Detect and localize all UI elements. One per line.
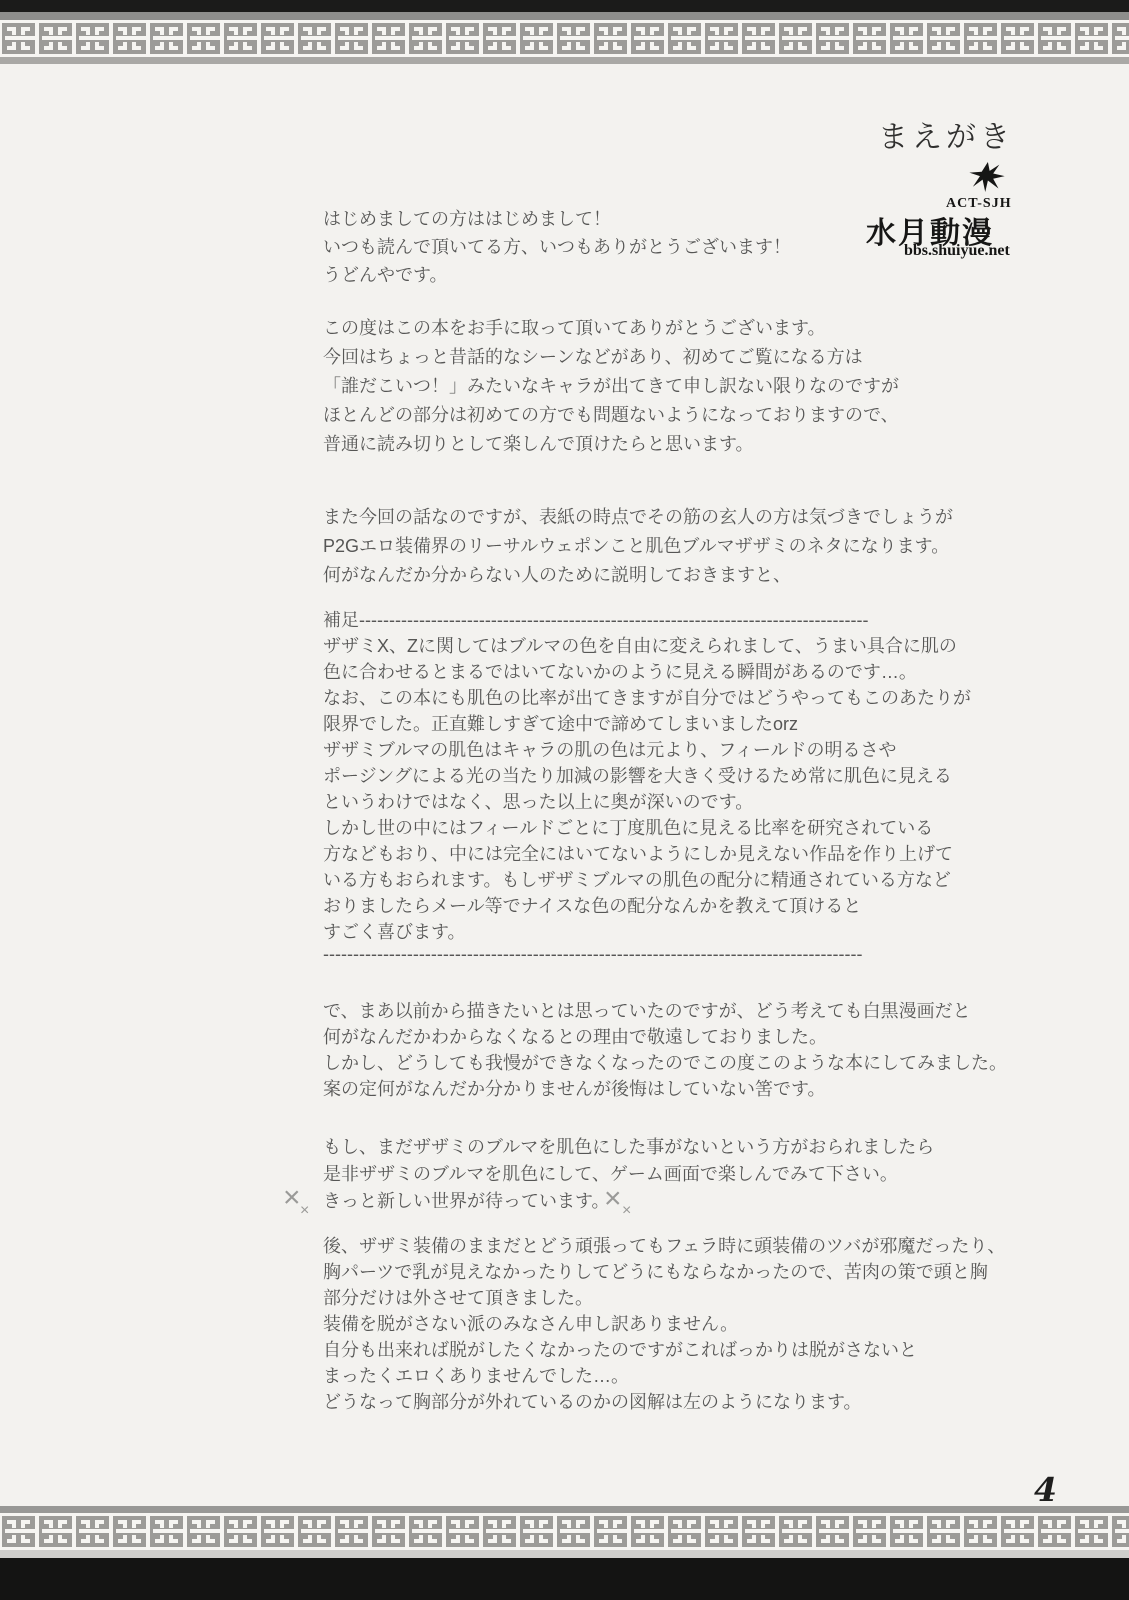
sparkle-icon: ×	[300, 1203, 309, 1219]
text-line: どうなって胸部分が外れているのかの図解は左のようになります。	[323, 1388, 1005, 1414]
text-line: 方などもおり、中には完全にはいてないようにしか見えない作品を作り上げて	[323, 840, 971, 866]
text-line: 装備を脱がさない派のみなさん申し訳ありません。	[323, 1310, 1005, 1336]
page-number: 4	[1034, 1470, 1057, 1509]
sparkle-icon: ×	[283, 1183, 301, 1213]
top-black-band	[0, 0, 1129, 12]
text-line: 今回はちょっと昔話的なシーンなどがあり、初めてご覧になる方は	[323, 343, 899, 372]
paragraph-thanks: この度はこの本をお手に取って頂いてありがとうございます。今回はちょっと昔話的なシ…	[323, 314, 899, 459]
sparkle-icon: ×	[604, 1184, 622, 1214]
paragraph-greeting: はじめましての方ははじめまして！いつも読んで頂いてる方、いつもありがとうございま…	[323, 205, 791, 289]
text-line: 何がなんだか分からない人のために説明しておきますと、	[323, 561, 953, 590]
top-gray-band	[0, 12, 1129, 20]
text-line: おりましたらメール等でナイスな色の配分なんかを教えて頂けると	[323, 892, 971, 918]
text-line: 案の定何がなんだか分かりませんが後悔はしていない筈です。	[323, 1075, 1007, 1101]
paragraph-supplement-note: 補足--------------------------------------…	[323, 606, 971, 970]
page-title: まえがき	[878, 112, 1014, 156]
text-line: ザザミブルマの肌色はキャラの肌の色は元より、フィールドの明るさや	[323, 736, 971, 762]
text-line: 限界でした。正直難しすぎて途中で諦めてしまいましたorz	[323, 710, 971, 736]
text-line: ----------------------------------------…	[323, 944, 971, 970]
greek-key-border-top	[0, 20, 1129, 57]
text-line: いつも読んで頂いてる方、いつもありがとうございます！	[323, 233, 791, 261]
text-line: で、まあ以前から描きたいとは思っていたのですが、どう考えても白黒漫画だと	[323, 997, 1007, 1023]
bottom-black-band	[0, 1558, 1129, 1600]
text-line: はじめましての方ははじめまして！	[323, 205, 791, 233]
text-line: しかし世の中にはフィールドごとに丁度肌色に見える比率を研究されている	[323, 814, 971, 840]
text-line: 「誰だこいつ！」みたいなキャラが出てきて申し訳ない限りなのですが	[323, 372, 899, 401]
text-line: P2Gエロ装備界のリーサルウェポンこと肌色ブルマザザミのネタになります。	[323, 532, 953, 561]
text-line: まったくエロくありませんでした…。	[323, 1362, 1005, 1388]
text-line: ザザミX、Zに関してはブルマの色を自由に変えられまして、うまい具合に肌の	[323, 632, 971, 658]
bottom-gray-band	[0, 1506, 1129, 1513]
text-line: 胸パーツで乳が見えなかったりしてどうにもならなかったので、苦肉の策で頭と胸	[323, 1258, 1005, 1284]
text-line: 色に合わせるとまるではいてないかのように見える瞬間があるのです…。	[323, 658, 971, 684]
bottom-light-band	[0, 1550, 1129, 1558]
text-line: また今回の話なのですが、表紙の時点でその筋の玄人の方は気づきでしょうが	[323, 503, 953, 532]
text-line: 部分だけは外させて頂きました。	[323, 1284, 1005, 1310]
text-line: 普通に読み切りとして楽しんで頂けたらと思います。	[323, 430, 899, 459]
text-line: すごく喜びます。	[323, 918, 971, 944]
text-line: 補足--------------------------------------…	[323, 606, 971, 632]
text-line: ポージングによる光の当たり加減の影響を大きく受けるため常に肌色に見える	[323, 762, 971, 788]
text-line: なお、この本にも肌色の比率が出てきますが自分ではどうやってもこのあたりが	[323, 684, 971, 710]
text-line: うどんやです。	[323, 261, 791, 289]
text-line: 何がなんだかわからなくなるとの理由で敬遠しておりました。	[323, 1023, 1007, 1049]
text-line: この度はこの本をお手に取って頂いてありがとうございます。	[323, 314, 899, 343]
text-line: 是非ザザミのブルマを肌色にして、ゲーム画面で楽しんでみて下さい。	[323, 1160, 934, 1187]
text-line: 自分も出来れば脱がしたくなかったのですがこればっかりは脱がさないと	[323, 1336, 1005, 1362]
top-gray-band-2	[0, 57, 1129, 64]
star-icon	[968, 162, 1006, 192]
text-line: ほとんどの部分は初めての方でも問題ないようになっておりますので、	[323, 401, 899, 430]
text-line: 後、ザザミ装備のままだとどう頑張ってもフェラ時に頭装備のツバが邪魔だったり、	[323, 1232, 1005, 1258]
greek-key-border-bottom	[0, 1513, 1129, 1550]
text-line: もし、まだザザミのブルマを肌色にした事がないという方がおられましたら	[323, 1133, 934, 1160]
paragraph-gear-explanation: 後、ザザミ装備のままだとどう頑張ってもフェラ時に頭装備のツバが邪魔だったり、胸パ…	[323, 1232, 1005, 1414]
text-line: いる方もおられます。もしザザミブルマの肌色の配分に精通されている方など	[323, 866, 971, 892]
text-line: というわけではなく、思った以上に奥が深いのです。	[323, 788, 971, 814]
text-line: しかし、どうしても我慢ができなくなったのでこの度このような本にしてみました。	[323, 1049, 1007, 1075]
sparkle-icon: ×	[622, 1203, 631, 1219]
paragraph-reason: で、まあ以前から描きたいとは思っていたのですが、どう考えても白黒漫画だと何がなん…	[323, 997, 1007, 1101]
paragraph-topic: また今回の話なのですが、表紙の時点でその筋の玄人の方は気づきでしょうがP2Gエロ…	[323, 503, 953, 590]
scanned-book-page: まえがき ACT-SJH 水月動漫 bbs.shuiyue.net はじめまして…	[0, 0, 1129, 1600]
logo-url: bbs.shuiyue.net	[904, 242, 1010, 260]
